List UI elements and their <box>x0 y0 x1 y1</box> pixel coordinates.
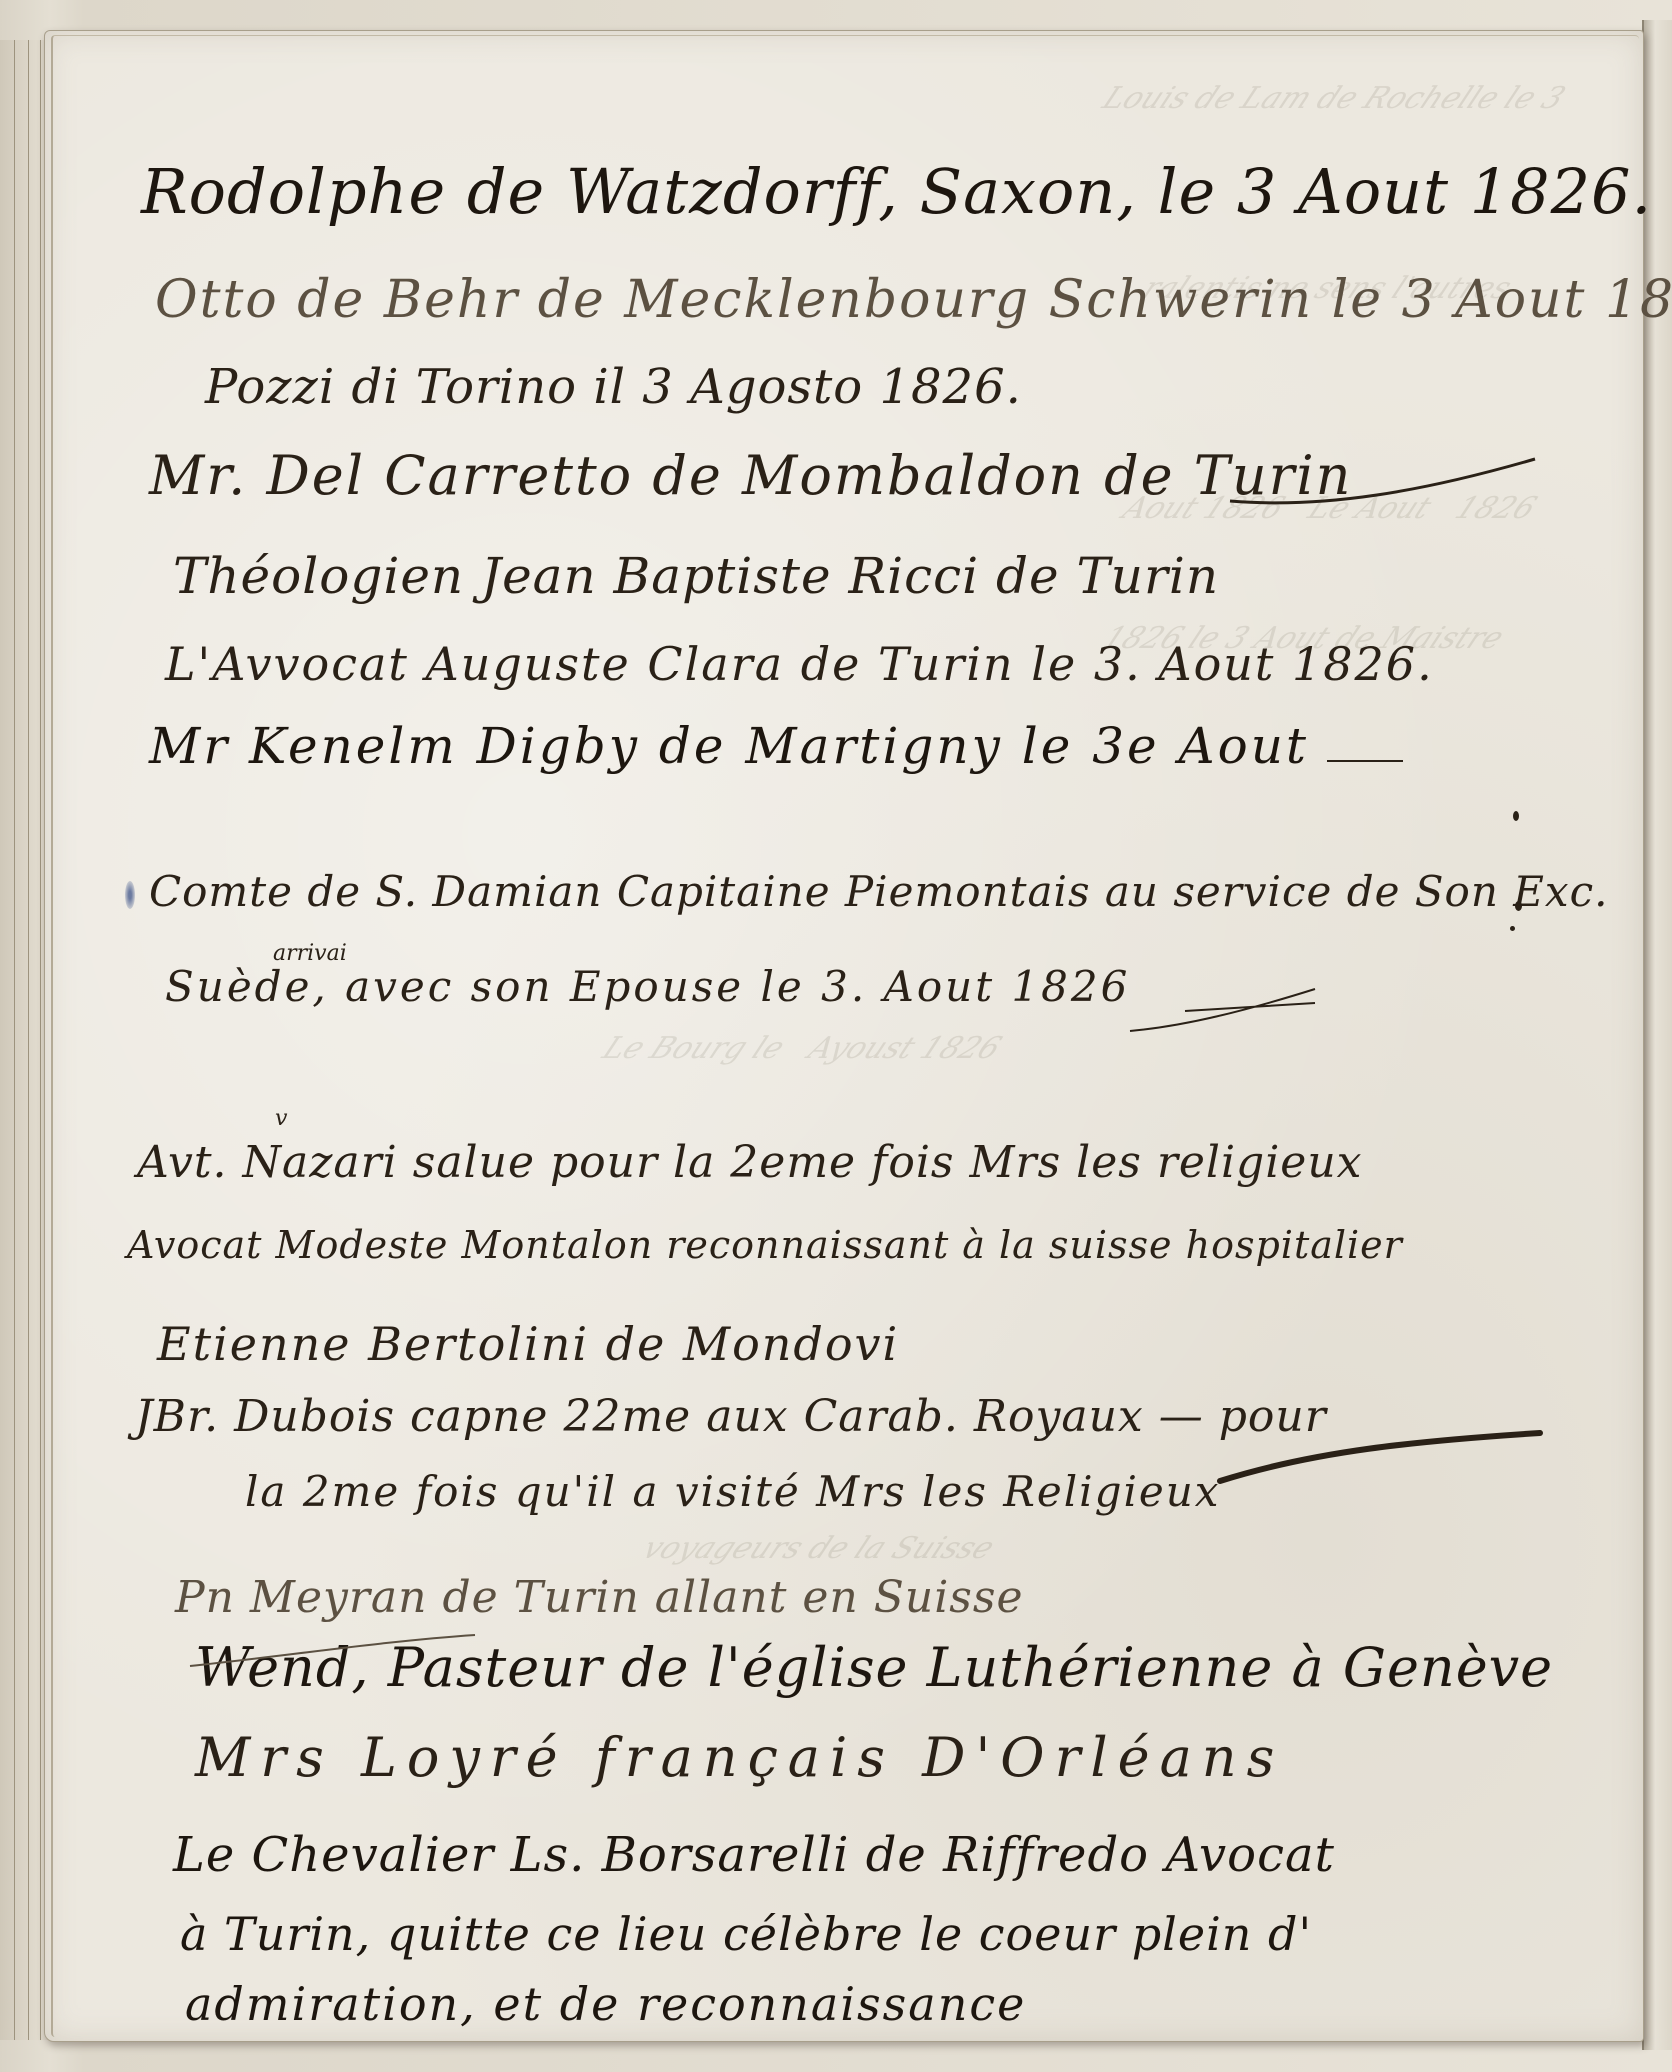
entry-line-5: Théologien Jean Baptiste Ricci de Turin <box>173 551 1219 601</box>
bleed-through-text: Le Bourg le Ayoust 1826 <box>597 1031 1007 1066</box>
entry-line-12: Etienne Bertolini de Mondovi <box>157 1321 899 1367</box>
pen-flourish <box>1125 981 1325 1041</box>
bleed-through-text: voyageurs de la Suisse <box>637 1531 1000 1566</box>
entry-line-2: Otto de Behr de Mecklenbourg Schwerin le… <box>155 274 1672 326</box>
entry-line-10: Avt. Nazari salue pour la 2eme fois Mrs … <box>137 1141 1362 1185</box>
manuscript-page: Louis de Lam de Rochelle le 3 ralentis n… <box>44 30 1644 2042</box>
entry-line-7: Mr Kenelm Digby de Martigny le 3e Aout <box>149 721 1309 771</box>
entry-line-8: Comte de S. Damian Capitaine Piemontais … <box>149 871 1608 913</box>
entry-line-20: admiration, et de reconnaissance <box>185 1981 1026 2027</box>
ink-blot <box>1510 926 1515 931</box>
entry-line-6: L'Avvocat Auguste Clara de Turin le 3. A… <box>165 641 1434 687</box>
entry-line-4: Mr. Del Carretto de Mombaldon de Turin <box>149 449 1352 503</box>
entry-line-18: Le Chevalier Ls. Borsarelli de Riffredo … <box>173 1831 1335 1879</box>
entry-line-9: Suède, avec son Epouse le 3. Aout 1826 <box>165 966 1130 1008</box>
entry-line-11: Avocat Modeste Montalon reconnaissant à … <box>127 1226 1403 1264</box>
page-edge-line <box>28 40 29 2040</box>
entry-line-1: Rodolphe de Watzdorff, Saxon, le 3 Aout … <box>141 161 1652 223</box>
entry-line-15: Pn Meyran de Turin allant en Suisse <box>175 1576 1024 1620</box>
superscript-insertion: v <box>275 1106 287 1131</box>
page-edge-line <box>14 40 15 2040</box>
entry-line-17: Mrs Loyré français D'Orléans <box>195 1731 1284 1785</box>
pen-dash <box>1325 751 1405 771</box>
ink-blot <box>1515 901 1522 911</box>
ink-stamp-mark <box>125 881 135 909</box>
entry-line-14: la 2me fois qu'il a visité Mrs les Relig… <box>245 1471 1221 1513</box>
entry-line-16: Wend, Pasteur de l'église Luthérienne à … <box>195 1641 1553 1695</box>
page-edge-line <box>40 40 41 2040</box>
entry-line-3: Pozzi di Torino il 3 Agosto 1826. <box>205 363 1022 411</box>
entry-line-13: JBr. Dubois capne 22me aux Carab. Royaux… <box>135 1395 1327 1439</box>
bleed-through-text: Louis de Lam de Rochelle le 3 <box>1097 81 1571 116</box>
ink-blot <box>1513 811 1519 821</box>
entry-line-19: à Turin, quitte ce lieu célèbre le coeur… <box>180 1911 1312 1957</box>
